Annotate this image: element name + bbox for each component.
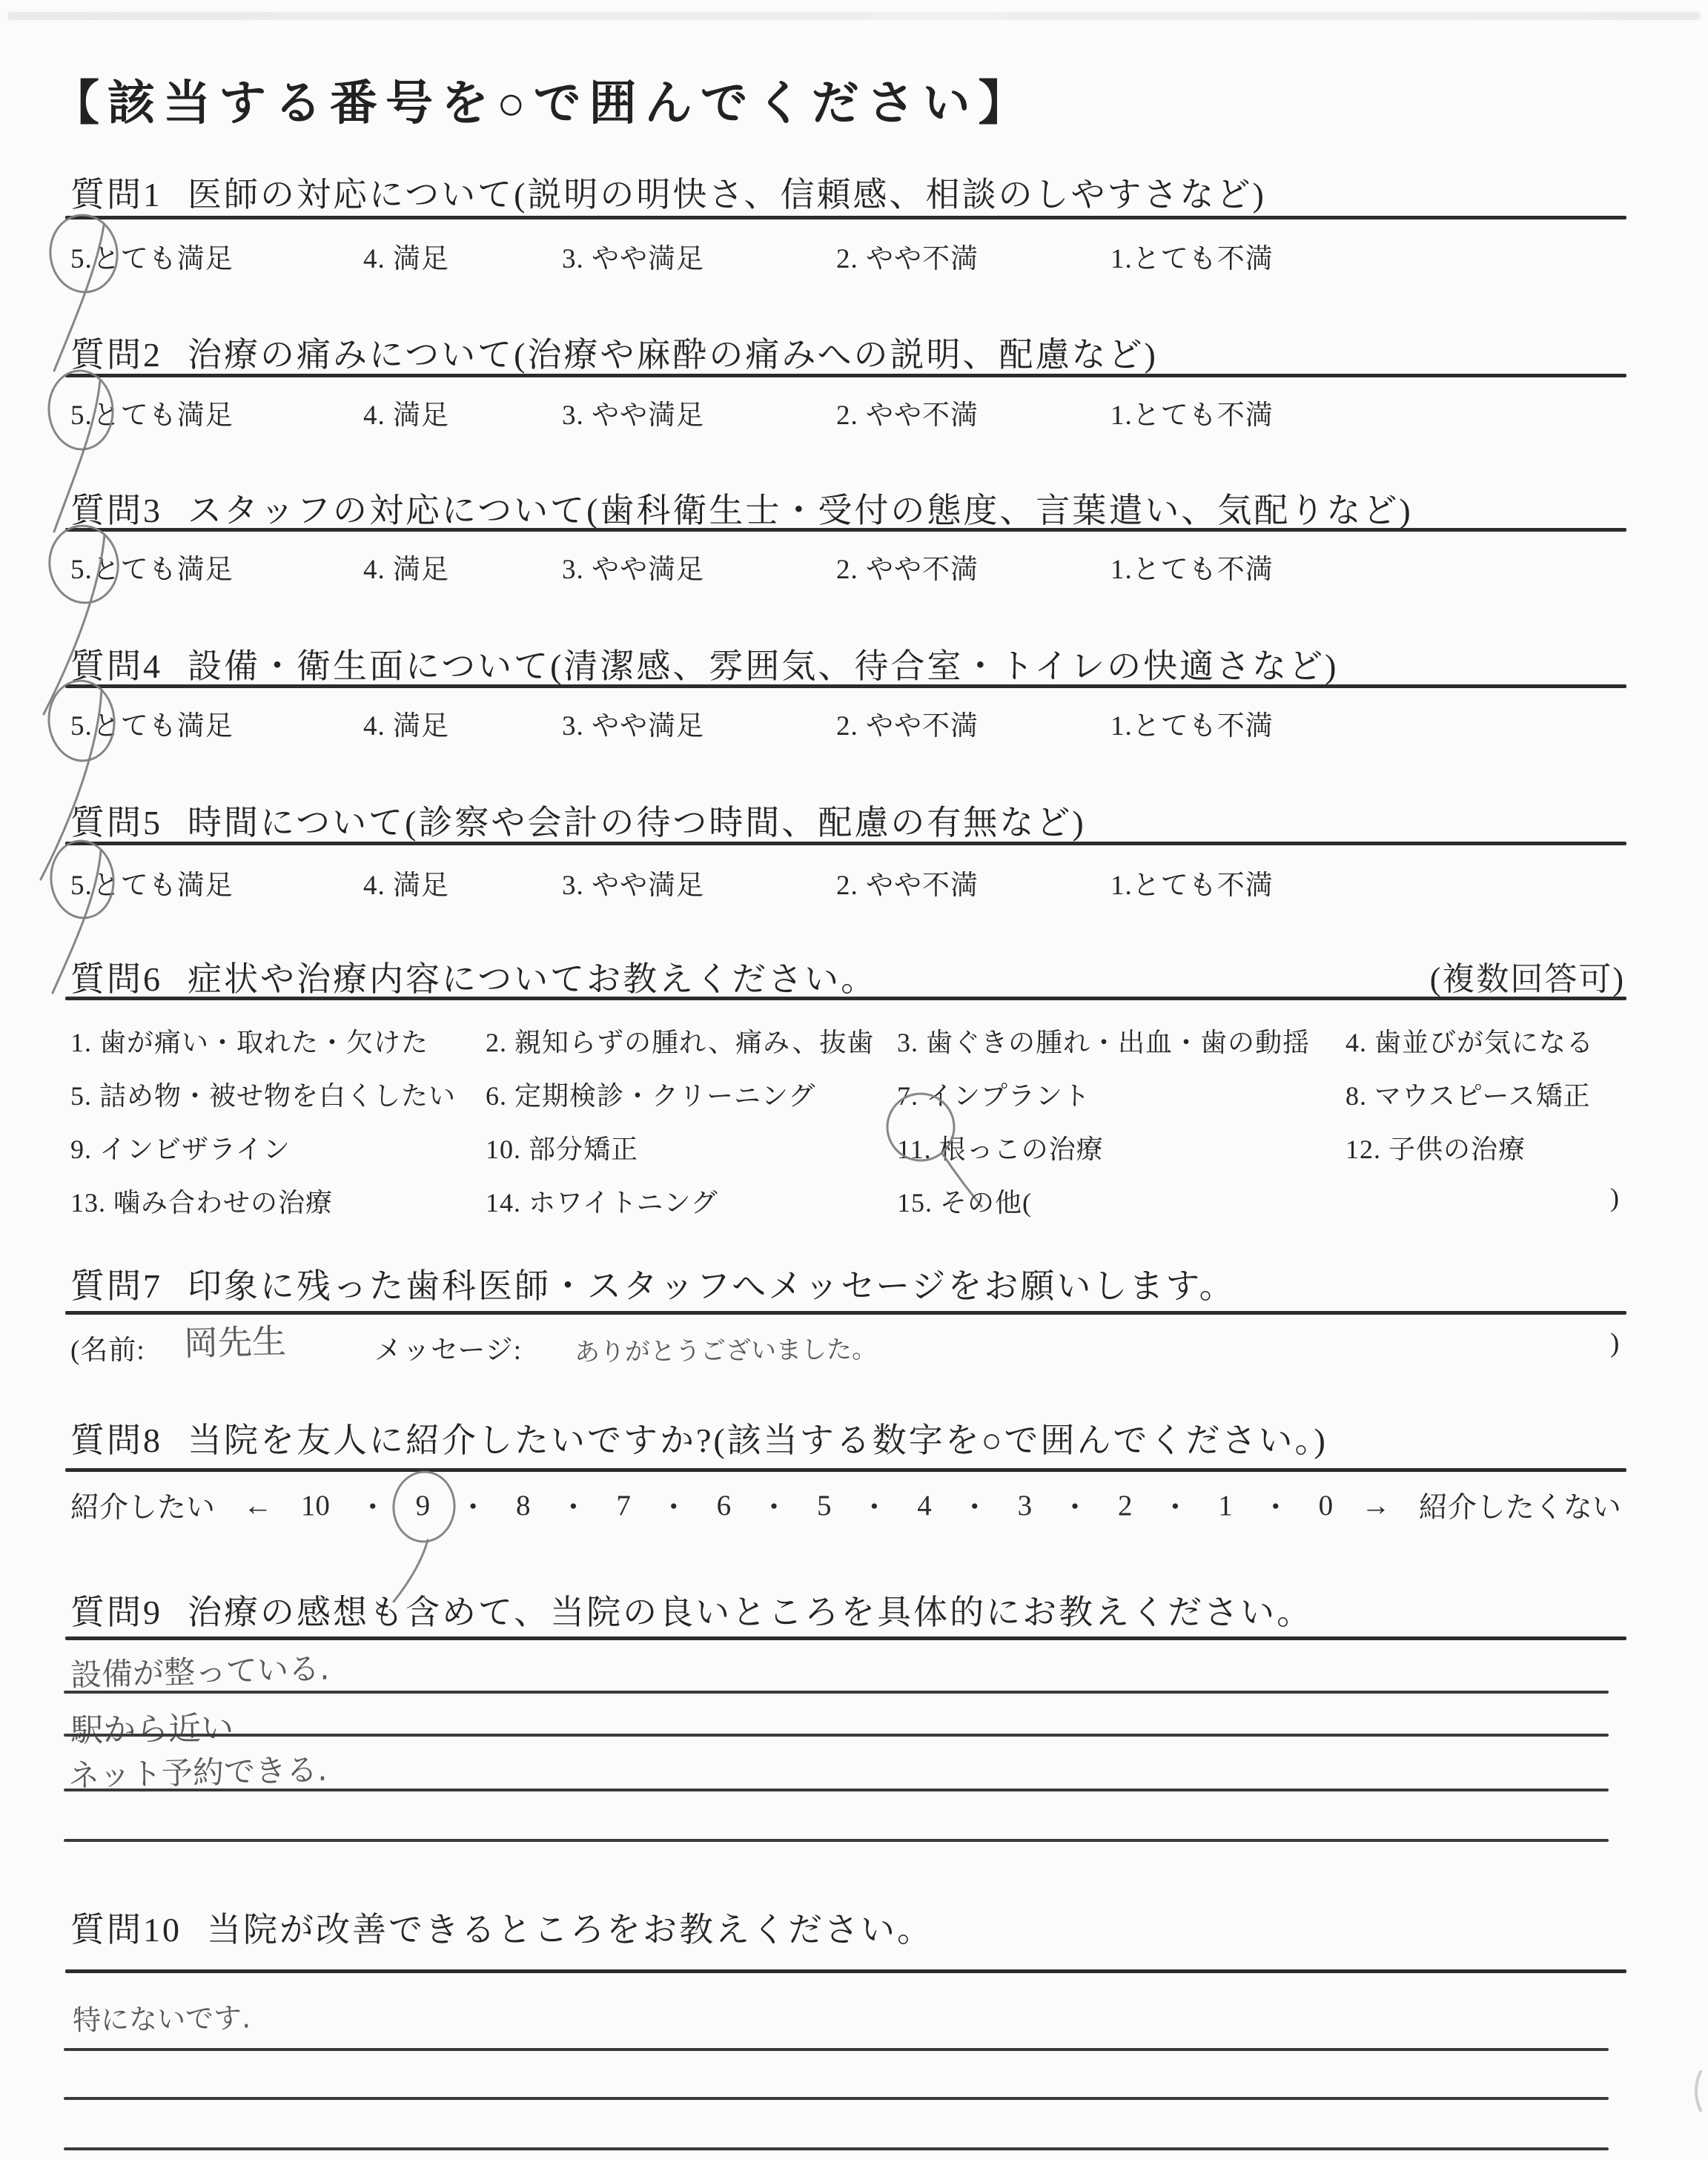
question-5-title: 時間について(診察や会計の待つ時間、配慮の有無など) [188,804,1086,842]
question-10-divider [65,1969,1626,1973]
q9-answer-line-2: 駅から近い [70,1701,234,1751]
question-7-divider [65,1311,1626,1315]
option-label: 5.とても満足 [70,244,234,274]
q6-option-8: 8. マウスピース矯正 [1345,1075,1591,1113]
question-3-option-5: 5.とても満足 [70,546,234,587]
question-7-title: 印象に残った歯科医師・スタッフへメッセージをお願いします。 [188,1267,1236,1305]
q6-option-15-close-paren: ) [1610,1182,1620,1213]
question-9-heading: 質問9治療の感想も含めて、当院の良いところを具体的にお教えください。 [70,1585,1313,1634]
q8-number-5: 5 [817,1489,832,1522]
page-title: 【該当する番号を○で囲んでください】 [52,65,1034,133]
q6-option-2: 2. 親知らずの腫れ、痛み、抜歯 [486,1022,874,1060]
q7-name-label: (名前: [70,1327,145,1367]
question-8-heading: 質問8当院を友人に紹介したいですか?(該当する数字を○で囲んでください。) [70,1413,1328,1462]
question-1-option-3: 3. やや満足 [562,236,704,276]
question-4-option-2: 2. やや不満 [836,703,979,743]
q8-dot: ・ [1261,1484,1290,1526]
question-10-number: 質問10 [70,1911,182,1949]
question-2-number: 質問2 [70,336,162,374]
q6-option-11: 11. 根っこの治療 [897,1129,1104,1166]
question-4-option-3: 3. やや満足 [562,703,704,743]
question-8-divider [65,1468,1626,1472]
q6-option-15: 15. その他( [897,1182,1032,1220]
question-1-heading: 質問1医師の対応について(説明の明快さ、信頼感、相談のしやすさなど) [70,168,1266,217]
q6-option-9: 9. インビザライン [70,1129,291,1166]
q8-dot: ・ [1161,1484,1190,1526]
question-4-heading: 質問4設備・衛生面について(清潔感、雰囲気、待合室・トイレの快適さなど) [70,639,1338,688]
q8-number-7: 7 [616,1489,631,1522]
q8-number-4: 4 [917,1489,932,1522]
question-9-divider [65,1636,1626,1640]
q9-writing-line-2 [64,1734,1609,1737]
q8-number-8: 8 [516,1489,531,1522]
question-3-options: 5.とても満足 4. 満足 3. やや満足 2. やや不満 1.とても不満 [0,546,1708,585]
q9-writing-line-3 [64,1789,1609,1791]
question-4-option-5: 5.とても満足 [70,703,234,743]
question-3-option-3: 3. やや満足 [562,546,704,587]
question-2-option-5: 5.とても満足 [70,392,234,432]
question-2-title: 治療の痛みについて(治療や麻酔の痛みへの説明、配慮など) [188,336,1158,374]
q8-number-3: 3 [1018,1489,1033,1522]
q10-writing-line-3 [64,2147,1609,2150]
question-1-title: 医師の対応について(説明の明快さ、信頼感、相談のしやすさなど) [188,176,1266,214]
question-5-option-3: 3. やや満足 [562,862,704,902]
question-1-option-5: 5.とても満足 [70,236,234,276]
q9-writing-line-1 [64,1691,1609,1694]
q7-close-paren: ) [1610,1327,1620,1359]
question-2-option-3: 3. やや満足 [562,392,704,432]
question-2-option-1: 1.とても不満 [1110,392,1274,432]
q6-option-10: 10. 部分矯正 [486,1129,638,1166]
question-9-title: 治療の感想も含めて、当院の良いところを具体的にお教えください。 [188,1593,1313,1631]
question-5-options: 5.とても満足 4. 満足 3. やや満足 2. やや不満 1.とても不満 [0,862,1708,901]
q6-option-5: 5. 詰め物・被せ物を白くしたい [70,1075,456,1113]
q8-number-10: 10 [301,1489,330,1522]
question-3-option-2: 2. やや不満 [836,546,979,587]
question-2-option-2: 2. やや不満 [836,392,979,432]
question-5-option-2: 2. やや不満 [836,862,979,902]
question-2-heading: 質問2治療の痛みについて(治療や麻酔の痛みへの説明、配慮など) [70,328,1158,377]
option-label: 11. 根っこの治療 [897,1135,1104,1164]
question-5-heading: 質問5時間について(診察や会計の待つ時間、配慮の有無など) [70,796,1086,845]
question-2-options: 5.とても満足 4. 満足 3. やや満足 2. やや不満 1.とても不満 [0,392,1708,431]
q8-label-right: 紹介したくない [1419,1484,1621,1526]
option-label: 5.とても満足 [70,555,234,585]
question-5-divider [65,842,1626,845]
q6-option-13: 13. 噛み合わせの治療 [70,1182,333,1220]
option-label: 5.とても満足 [70,711,234,742]
question-1-divider [65,216,1626,219]
q6-option-12: 12. 子供の治療 [1345,1129,1526,1166]
q8-dot: ・ [659,1484,688,1526]
question-2-option-4: 4. 満足 [363,392,449,432]
question-10-title: 当院が改善できるところをお教えください。 [207,1911,933,1949]
question-6-title: 症状や治療内容についてお教えください。 [188,960,877,998]
question-1-option-2: 2. やや不満 [836,236,979,276]
q10-writing-line-1 [64,2048,1609,2051]
question-3-heading: 質問3スタッフの対応について(歯科衛生士・受付の態度、言葉遣い、気配りなど) [70,483,1413,532]
question-5-number: 質問5 [70,804,162,842]
question-4-option-1: 1.とても不満 [1110,703,1274,743]
question-7-heading: 質問7印象に残った歯科医師・スタッフへメッセージをお願いします。 [70,1259,1236,1308]
scan-artifact-mark [1692,2069,1707,2113]
question-3-number: 質問3 [70,492,162,529]
q8-number-0: 0 [1319,1489,1334,1522]
question-6-number: 質問6 [70,960,162,998]
q8-arrow-right-icon: → [1362,1489,1391,1522]
q8-dot: ・ [559,1484,588,1526]
q8-dot: ・ [459,1484,488,1526]
q8-recommend-scale: 紹介したい ← 10 ・ 9 ・ 8 ・ 7 ・ 6 ・ 5 ・ 4 ・ 3 ・… [70,1486,1621,1525]
q8-dot: ・ [760,1484,789,1526]
question-2-divider [65,374,1626,377]
question-3-title: スタッフの対応について(歯科衛生士・受付の態度、言葉遣い、気配りなど) [188,492,1413,529]
question-8-title: 当院を友人に紹介したいですか?(該当する数字を○で囲んでください。) [188,1421,1328,1459]
q7-message-label: メッセージ: [374,1327,522,1367]
q8-number-6: 6 [717,1489,732,1522]
question-4-number: 質問4 [70,647,162,685]
scale-number-label: 9 [416,1490,431,1522]
question-5-option-5: 5.とても満足 [70,862,234,902]
question-4-options: 5.とても満足 4. 満足 3. やや満足 2. やや不満 1.とても不満 [0,703,1708,742]
q7-message-handwritten: ありがとうございました。 [575,1329,877,1368]
question-10-heading: 質問10当院が改善できるところをお教えください。 [70,1903,933,1952]
q8-number-9: 9 [416,1489,431,1522]
q6-option-6: 6. 定期検診・クリーニング [486,1075,815,1113]
question-1-option-4: 4. 満足 [363,236,449,276]
question-5-option-4: 4. 満足 [363,862,449,902]
question-4-title: 設備・衛生面について(清潔感、雰囲気、待合室・トイレの快適さなど) [188,647,1338,685]
question-4-option-4: 4. 満足 [363,703,449,743]
q6-option-14: 14. ホワイトニング [486,1182,718,1220]
question-9-number: 質問9 [70,1593,162,1631]
question-3-option-1: 1.とても不満 [1110,546,1274,587]
question-5-option-1: 1.とても不満 [1110,862,1274,902]
question-8-number: 質問8 [70,1421,162,1459]
question-7-number: 質問7 [70,1267,162,1305]
q6-option-4: 4. 歯並びが気になる [1345,1022,1594,1060]
q8-label-left: 紹介したい [70,1484,215,1526]
q8-dot: ・ [960,1484,989,1526]
question-3-option-4: 4. 満足 [363,546,449,587]
q8-dot: ・ [1061,1484,1090,1526]
question-6-divider [65,997,1626,1000]
question-3-divider [65,528,1626,532]
question-6-heading: 質問6症状や治療内容についてお教えください。 [70,952,877,1001]
question-1-option-1: 1.とても不満 [1110,236,1274,276]
option-label: 5.とても満足 [70,400,234,431]
question-6-note: (複数回答可) [1430,952,1625,1000]
option-label: 5.とても満足 [70,871,234,901]
scan-artifact-band [7,12,1701,20]
q6-option-7: 7. インプラント [897,1075,1090,1113]
q7-name-handwritten: 岡先生 [183,1315,286,1366]
question-1-options: 5.とても満足 4. 満足 3. やや満足 2. やや不満 1.とても不満 [0,236,1708,274]
q9-answer-line-1: 設備が整っている. [70,1644,330,1695]
q9-writing-line-4 [64,1839,1609,1842]
q8-number-1: 1 [1218,1489,1233,1522]
question-4-divider [65,684,1626,688]
q8-arrow-left-icon: ← [243,1489,272,1522]
survey-sheet: 【該当する番号を○で囲んでください】 質問1医師の対応について(説明の明快さ、信… [0,0,1708,2160]
q10-writing-line-2 [64,2097,1609,2100]
q8-dot: ・ [358,1484,387,1526]
q6-option-3: 3. 歯ぐきの腫れ・出血・歯の動揺 [897,1022,1310,1060]
q8-dot: ・ [860,1484,889,1526]
q8-number-2: 2 [1118,1489,1133,1522]
q10-answer-line-1: 特にないです. [73,1995,251,2038]
question-1-number: 質問1 [70,176,162,214]
q6-option-1: 1. 歯が痛い・取れた・欠けた [70,1022,428,1060]
